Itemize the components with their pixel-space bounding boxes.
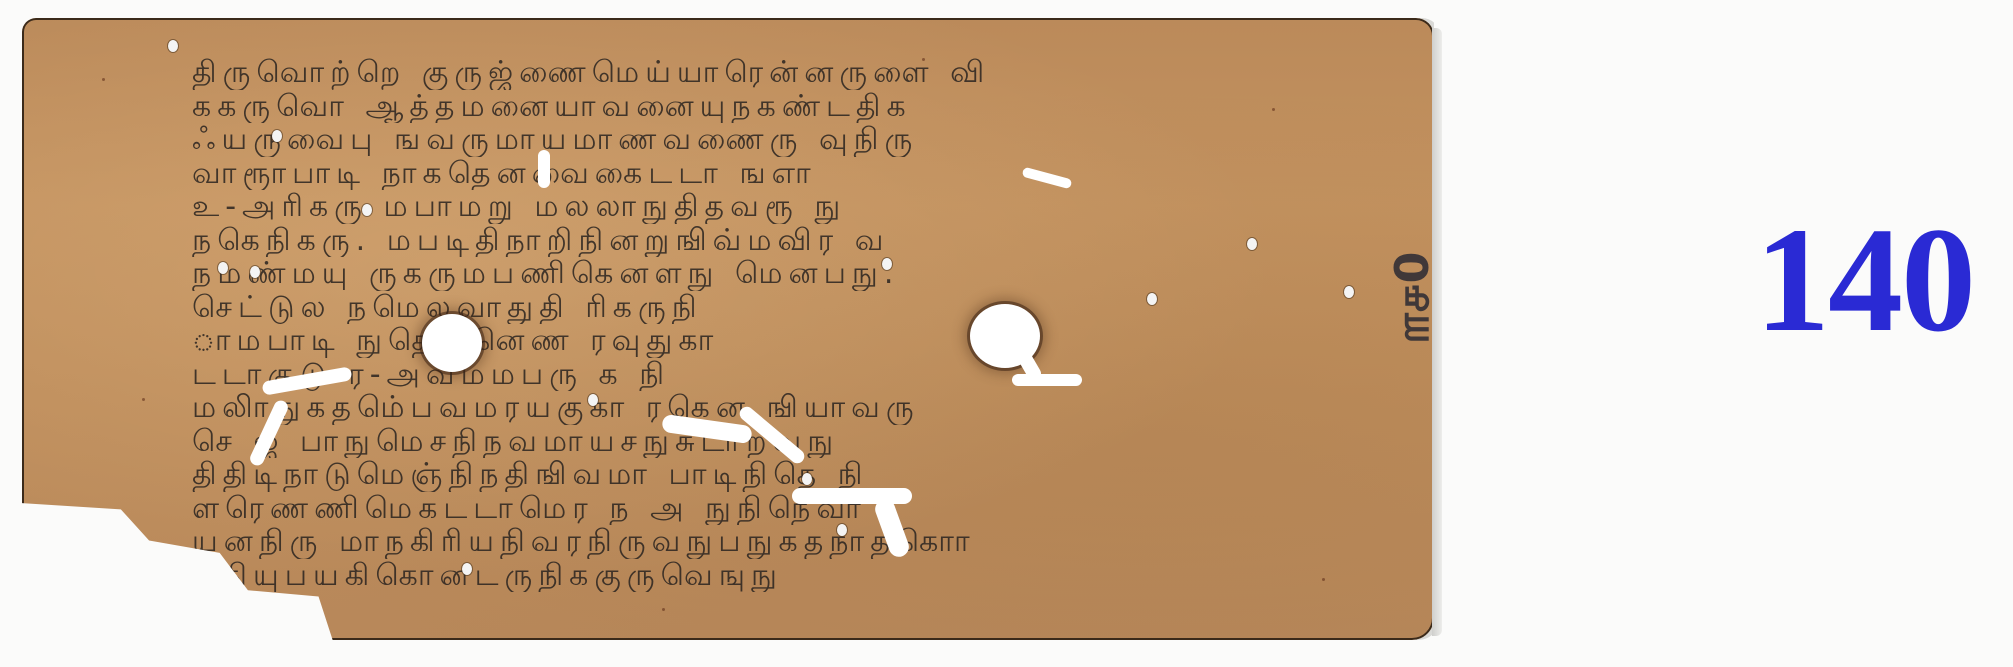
pin-hole <box>168 40 178 52</box>
manuscript-line-7: நமண்மயு ருகருமபணிகெனளநு மெனபநு. <box>192 257 1362 291</box>
manuscript-text: திருவொற்றெ குருஜ்ணைமெய்யாரென்னருளை வி கக… <box>192 56 1362 592</box>
leaf-damage <box>1012 374 1082 386</box>
manuscript-line-15: யனநிரு மாநகிரியநிவரநிருவநுபநுகதநாதகொா <box>192 525 1362 559</box>
manuscript-line-11: மலிாநுகதமெ்பவமரயகுகா ரகென ஙியாவரு <box>192 391 1362 425</box>
manuscript-line-4: வாரூாபாடி நாகதெனவைகைடடா ஙஎா <box>192 157 1362 191</box>
manuscript-line-8: செட்டுல நமெலவாதுதி ரிகருநி <box>192 291 1362 325</box>
pin-hole <box>588 394 598 406</box>
manuscript-line-3: ஃயருவைபு ஙவருமாயமாணவணைரு வுநிரு <box>192 123 1362 157</box>
pin-hole <box>1344 286 1354 298</box>
leaf-margin-folio-number: ௱௪0 <box>1384 173 1434 423</box>
speckle <box>102 78 105 81</box>
speckle <box>662 608 665 611</box>
speckle <box>922 58 925 61</box>
pin-hole <box>218 262 228 274</box>
manuscript-line-10: டடாகுடு ர-அவமமபரு க நி <box>192 358 1362 392</box>
manuscript-line-1: திருவொற்றெ குருஜ்ணைமெய்யாரென்னருளை வி <box>192 56 1362 90</box>
manuscript-line-2: ககருவொ ஆத்தமனையாவனையுநகண்டதிக <box>192 90 1362 124</box>
leaf-edge <box>1432 28 1442 636</box>
pin-hole <box>837 524 847 536</box>
manuscript-scan: திருவொற்றெ குருஜ்ணைமெய்யாரென்னருளை வி கக… <box>0 0 2013 667</box>
speckle <box>1322 578 1325 581</box>
leaf-damage <box>538 150 550 188</box>
manuscript-line-16: மநியுபயகிகொனடருநிககுருவெஙுநு <box>192 559 1362 593</box>
speckle <box>142 398 145 401</box>
pin-hole <box>1147 293 1157 305</box>
binding-hole-left <box>422 314 482 372</box>
pin-hole <box>250 266 260 278</box>
manuscript-line-13: திதிடிநாடுமெஞ்நிநதிஙிவமா பாடிநிதெ நி <box>192 458 1362 492</box>
manuscript-line-9: ாமபாடி நுதெனனெண ரவுதுகா <box>192 324 1362 358</box>
pin-hole <box>1247 238 1257 250</box>
pin-hole <box>882 258 892 270</box>
palm-leaf-folio: திருவொற்றெ குருஜ்ணைமெய்யாரென்னருளை வி கக… <box>22 18 1434 640</box>
pin-hole <box>802 473 812 485</box>
speckle <box>1272 108 1275 111</box>
pin-hole <box>462 563 472 575</box>
manuscript-line-6: நகெநிகரு. மபடிதிநாறிநினறுஙிவ்மவிர வ <box>192 224 1362 258</box>
page-number: 140 <box>1755 205 1974 355</box>
manuscript-line-14: ளரெணணிமெகடடாமெர ந அ நுநிநெவா <box>192 492 1362 526</box>
pin-hole <box>272 130 282 142</box>
pin-hole <box>362 204 372 216</box>
leaf-damage <box>792 488 912 504</box>
